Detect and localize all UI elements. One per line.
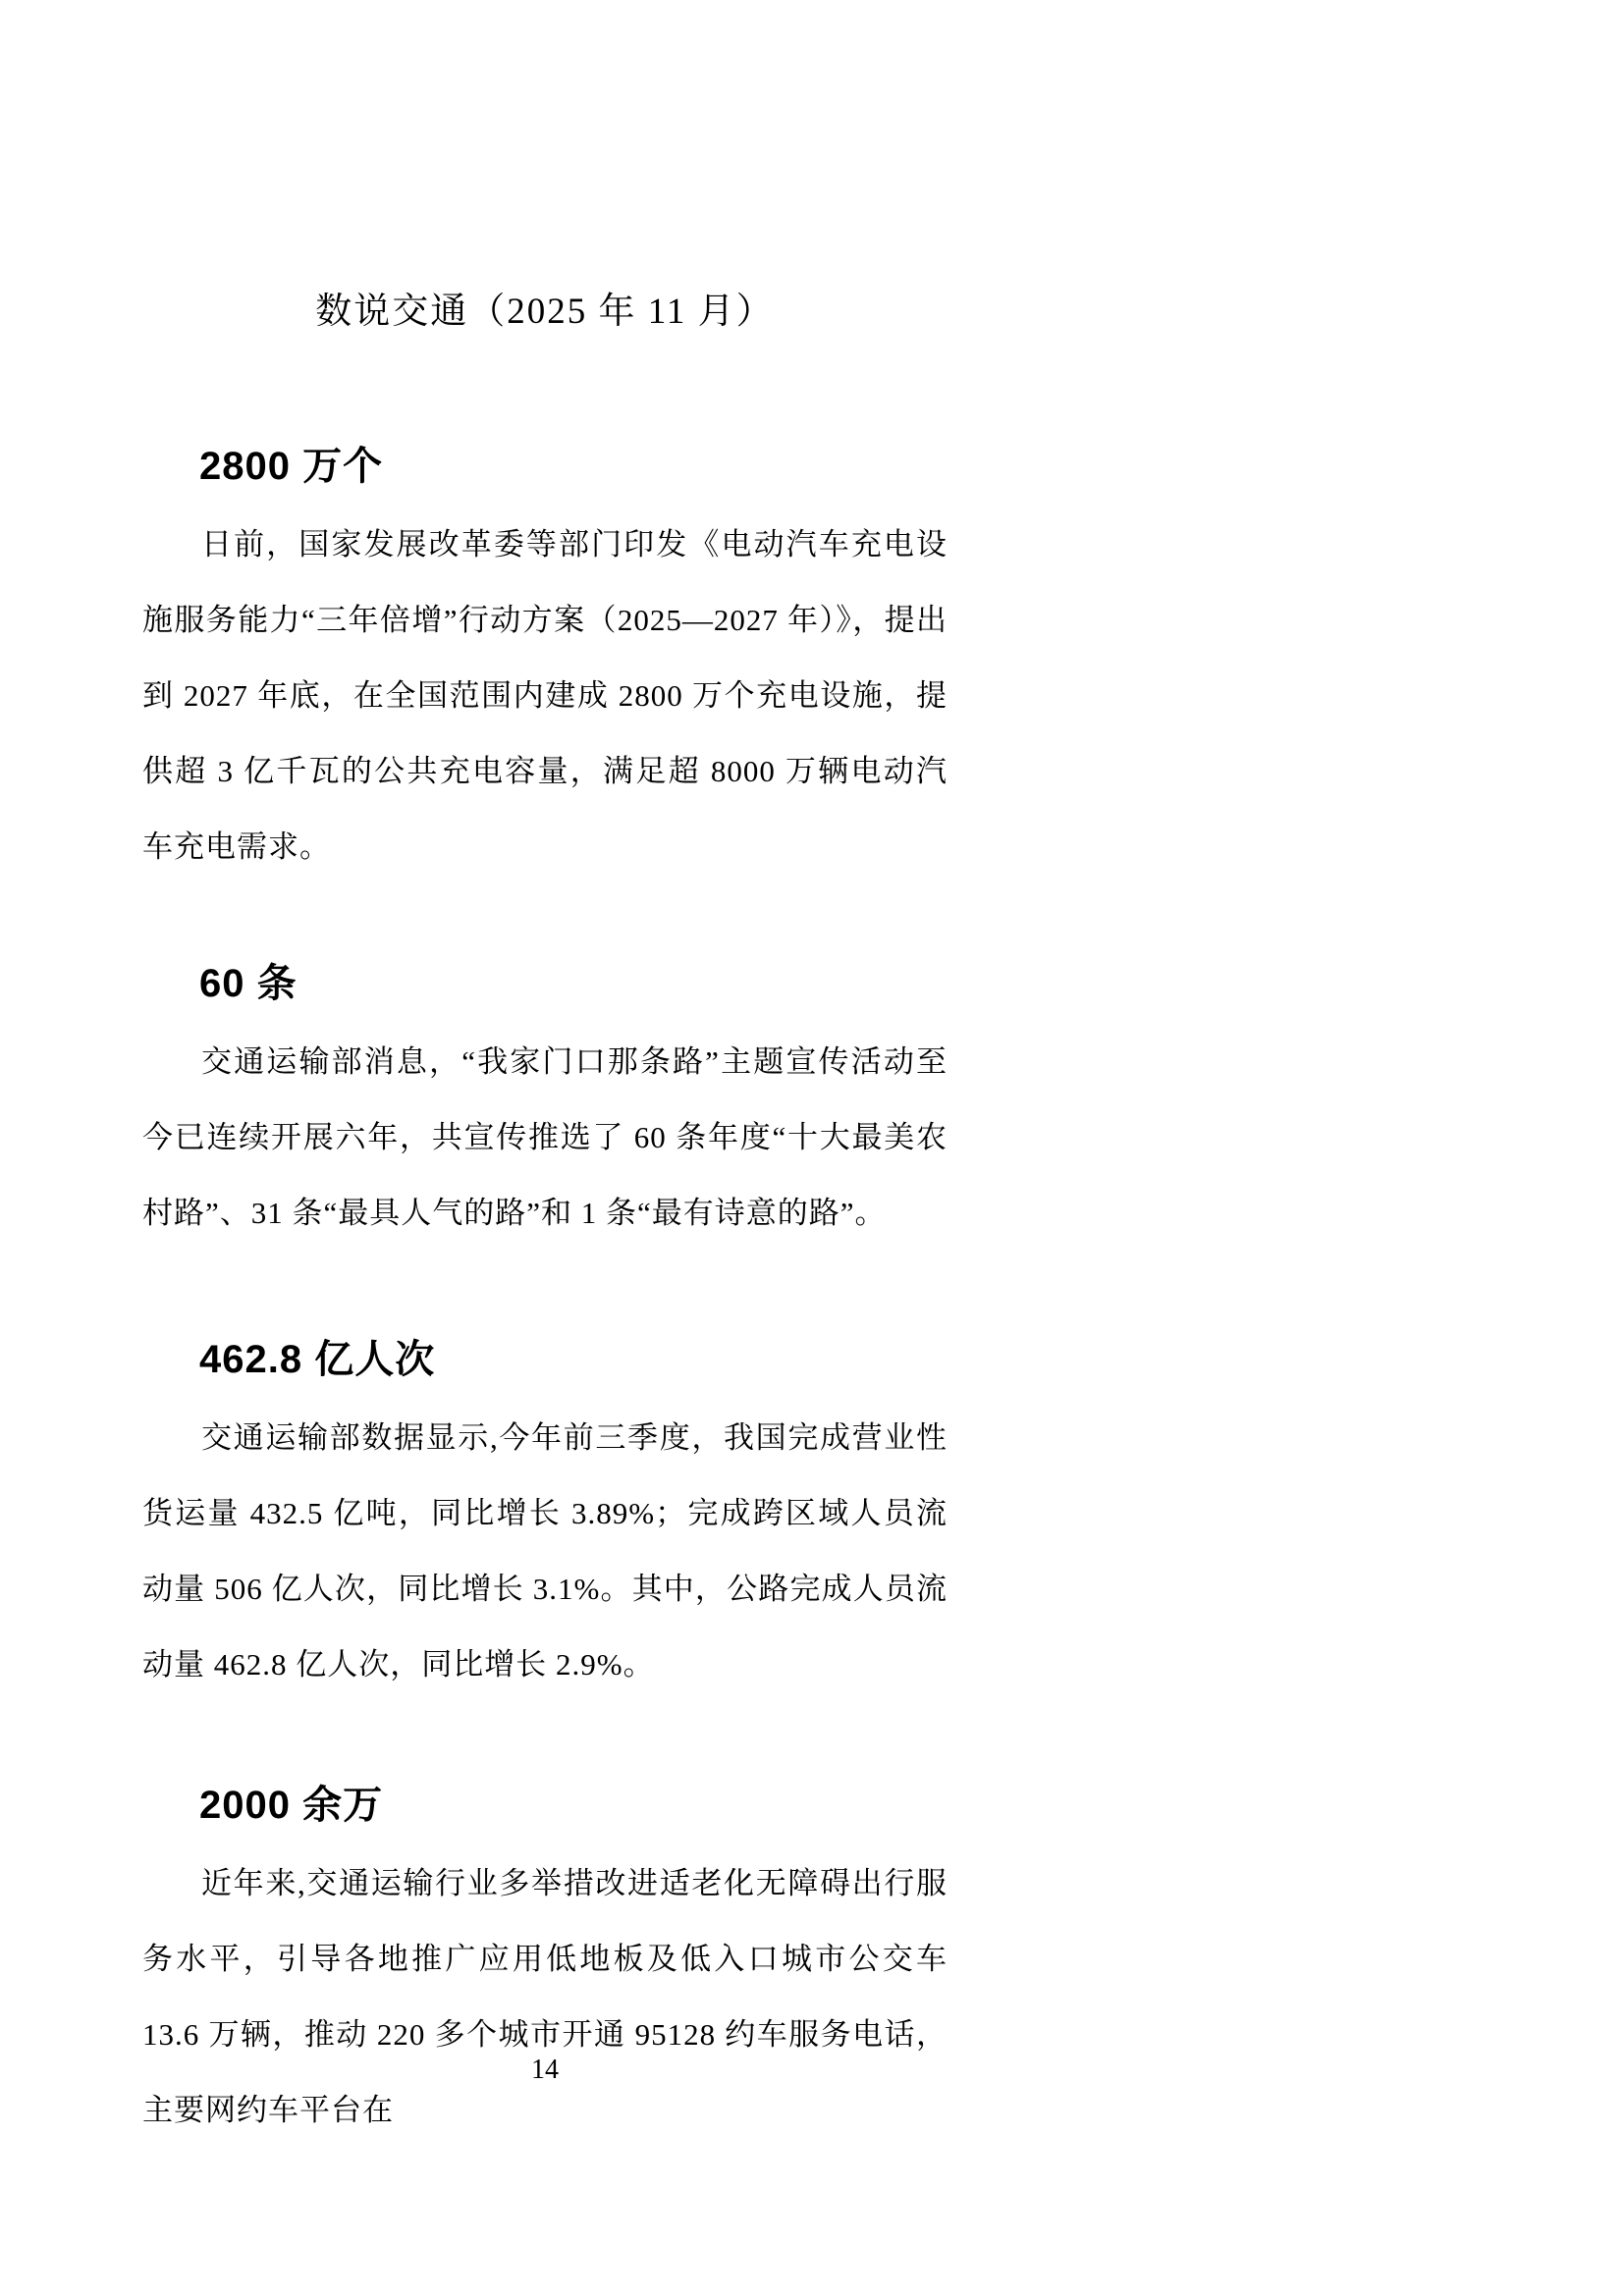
page-number: 14 [142,2054,947,2087]
section-60: 60 条 交通运输部消息，“我家门口那条路”主题宣传活动至今已连续开展六年，共宣… [142,955,947,1251]
section-heading-462-8: 462.8 亿人次 [142,1331,947,1388]
section-462-8: 462.8 亿人次 交通运输部数据显示,今年前三季度，我国完成营业性货运量 43… [142,1331,947,1702]
section-heading-2800: 2800 万个 [142,438,947,495]
section-paragraph-462-8: 交通运输部数据显示,今年前三季度，我国完成营业性货运量 432.5 亿吨，同比增… [142,1400,947,1702]
section-paragraph-2800: 日前，国家发展改革委等部门印发《电动汽车充电设施服务能力“三年倍增”行动方案（2… [142,507,947,884]
document-page: 数说交通（2025 年 11 月） 2800 万个 日前，国家发展改革委等部门印… [0,0,1624,2296]
section-heading-60: 60 条 [142,955,947,1012]
section-2800: 2800 万个 日前，国家发展改革委等部门印发《电动汽车充电设施服务能力“三年倍… [142,438,947,884]
section-heading-2000: 2000 余万 [142,1777,947,1834]
section-paragraph-2000: 近年来,交通运输行业多举措改进适老化无障碍出行服务水平，引导各地推广应用低地板及… [142,1845,947,2148]
document-content: 数说交通（2025 年 11 月） 2800 万个 日前，国家发展改革委等部门印… [142,0,947,2148]
document-title: 数说交通（2025 年 11 月） [142,285,947,340]
section-paragraph-60: 交通运输部消息，“我家门口那条路”主题宣传活动至今已连续开展六年，共宣传推选了 … [142,1024,947,1251]
section-2000: 2000 余万 近年来,交通运输行业多举措改进适老化无障碍出行服务水平，引导各地… [142,1777,947,2148]
